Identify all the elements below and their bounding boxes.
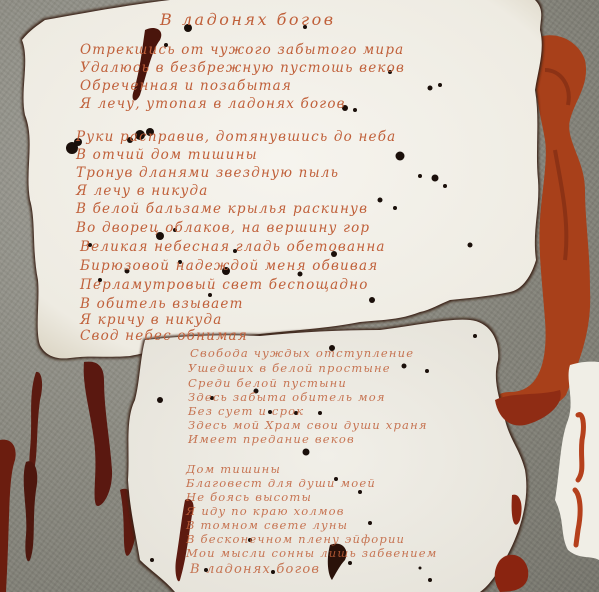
poem-line: Руки расправив, дотянувшись до неба: [76, 129, 396, 145]
poem-line: Бирюзовой надеждой меня обвивая: [80, 258, 378, 274]
poem-line: Я лечу в никуда: [76, 183, 209, 199]
poem-line: Здесь забыта обитель моя: [188, 390, 386, 404]
poem-line: В бесконечном плену эйфории: [186, 532, 405, 546]
poem-line: В белой бальзаме крылья раскинув: [76, 201, 368, 217]
poem-line: Среди белой пустыни: [188, 376, 347, 390]
poem-line: Дом тишины: [186, 462, 281, 476]
poem-line: Обреченная и позабытая: [80, 78, 292, 94]
poem-line: Перламутровый свет беспощадно: [80, 277, 369, 293]
poem-line: Здесь мой Храм свои души храня: [188, 418, 428, 432]
poem-line: Мои мысли сонны лишь забвением: [186, 546, 438, 560]
poem-line: Отрекшись от чужого забытого мира: [80, 42, 404, 58]
poem-line: Не боясь высоты: [186, 490, 312, 504]
poem-line: Тронув дланями звездную пыль: [76, 165, 339, 181]
poem-line: Свод небес обнимая: [80, 328, 248, 344]
poem-line: В обитель взывает: [80, 296, 244, 312]
poem-line: В отчий дом тишины: [76, 147, 258, 163]
poem-line: В ладонях богов: [190, 562, 320, 577]
poem-line: Свобода чуждых отступление: [190, 346, 414, 360]
poem-line: Во дворец облаков, на вершину гор: [76, 220, 370, 236]
poem-line: Я иду по краю холмов: [186, 504, 345, 518]
blood-drip-mid-1: [84, 362, 112, 506]
poem-line: Удалюсь в безбрежную пустошь веков: [80, 60, 405, 76]
poem-line: Великая небесная гладь обетованна: [80, 239, 386, 255]
blood-drip-left-3: [0, 440, 16, 592]
blood-drip-left-1: [29, 372, 42, 474]
poem-line: В томном свете луны: [186, 518, 348, 532]
poem-line: Имеет предание веков: [188, 432, 355, 446]
artwork-scene: В ладонях богов Отрекшись от чужого забы…: [0, 0, 599, 592]
poem-line: Благовест для души моей: [186, 476, 376, 490]
poem-line: Я лечу, утопая в ладонях богов: [80, 96, 346, 112]
poem-line: Ушедших в белой простыне: [188, 361, 391, 375]
poem-line: Я кричу в никуда: [80, 312, 223, 328]
poem-title: В ладонях богов: [160, 10, 336, 29]
poem-line: Без сует и срок: [188, 404, 304, 418]
blood-drip-left-2: [24, 461, 38, 561]
